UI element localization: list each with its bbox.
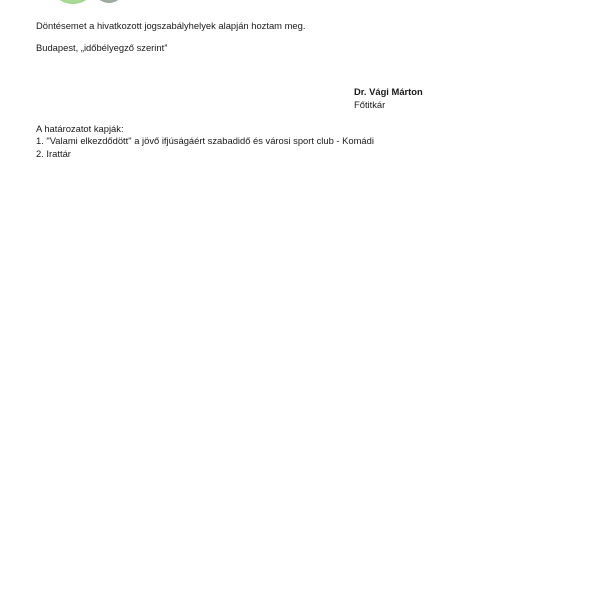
recipient-item: 1. "Valami elkezdődött" a jövő ifjúságáé… — [36, 136, 374, 145]
recipients-section: A határozatot kapják: 1. "Valami elkezdő… — [36, 124, 374, 162]
place-and-date: Budapest, „időbélyegző szerint” — [36, 43, 167, 52]
signatory-title: Főtitkár — [354, 100, 423, 109]
recipients-heading: A határozatot kapják: — [36, 124, 374, 133]
signatory-name: Dr. Vági Márton — [354, 87, 423, 96]
recipients-list: 1. "Valami elkezdődött" a jövő ifjúságáé… — [36, 136, 374, 158]
signature-block: Dr. Vági Márton Főtitkár — [354, 87, 423, 110]
header-logos — [55, 0, 145, 4]
document-page: Döntésemet a hivatkozott jogszabályhelye… — [0, 0, 600, 600]
decision-statement: Döntésemet a hivatkozott jogszabályhelye… — [36, 21, 305, 30]
gray-seal-logo-icon — [95, 0, 123, 3]
green-seal-logo-icon — [55, 0, 91, 4]
recipient-item: 2. Irattár — [36, 149, 374, 158]
